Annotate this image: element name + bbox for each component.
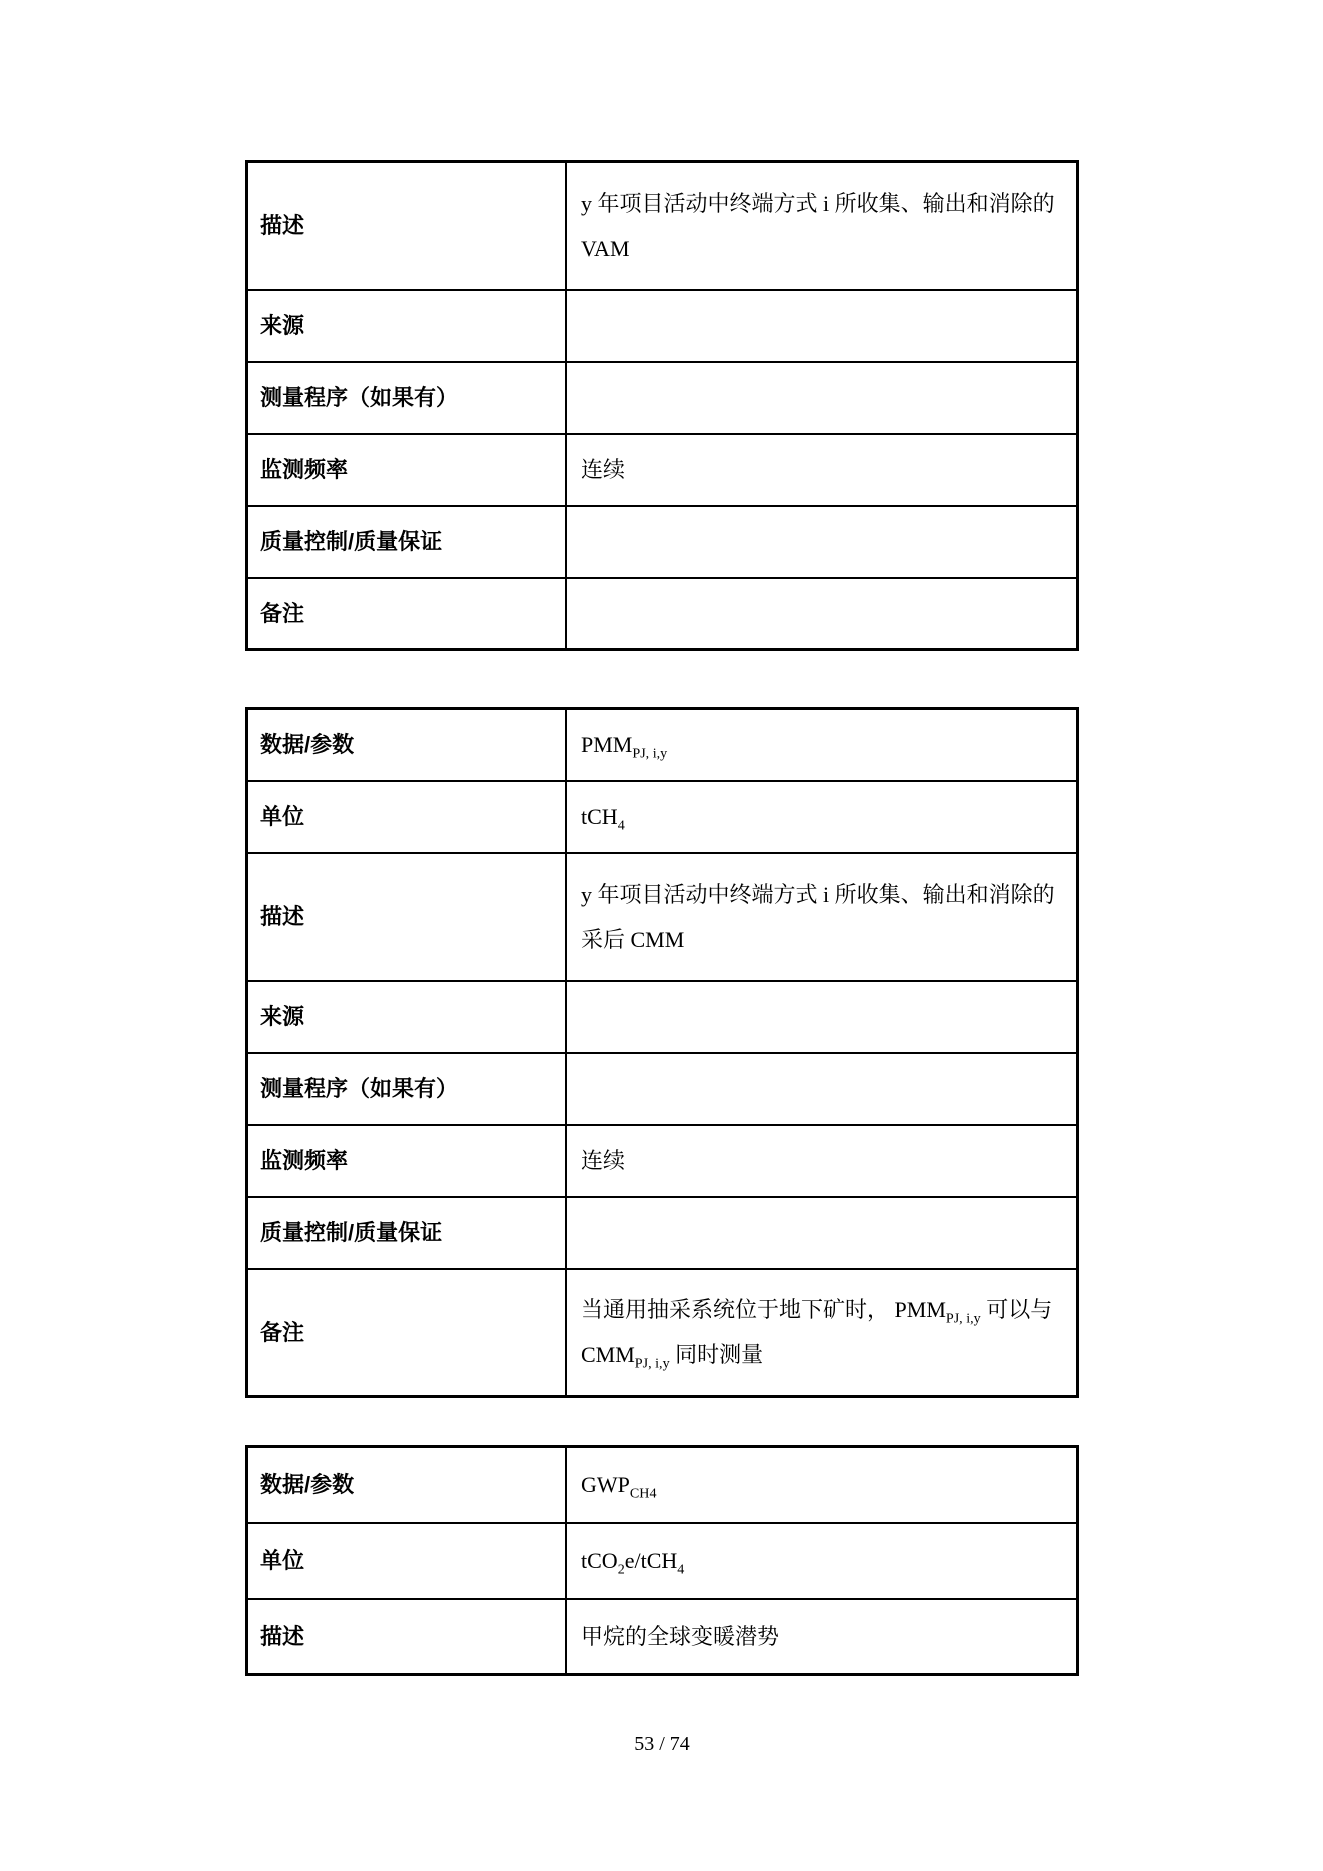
row-value: 连续 [566, 1125, 1078, 1197]
row-label: 单位 [247, 1523, 567, 1599]
row-value: y 年项目活动中终端方式 i 所收集、输出和消除的 VAM [566, 162, 1078, 290]
table-row-unit: 单位 tCH4 [247, 781, 1078, 853]
table-row-qa-qc: 质量控制/质量保证 [247, 1197, 1078, 1269]
row-label: 测量程序（如果有） [247, 362, 567, 434]
table-row-source: 来源 [247, 290, 1078, 362]
row-value: PMMPJ, i,y [566, 709, 1078, 781]
table-row-remarks: 备注 [247, 578, 1078, 650]
table-row-data-parameter: 数据/参数 PMMPJ, i,y [247, 709, 1078, 781]
page-number: 53 / 74 [245, 1731, 1079, 1757]
row-value [566, 1053, 1078, 1125]
row-value: 连续 [566, 434, 1078, 506]
row-label: 描述 [247, 853, 567, 981]
row-label: 单位 [247, 781, 567, 853]
row-label: 质量控制/质量保证 [247, 506, 567, 578]
table-row-measurement-procedure: 测量程序（如果有） [247, 1053, 1078, 1125]
row-value: tCO2e/tCH4 [566, 1523, 1078, 1599]
row-label: 来源 [247, 981, 567, 1053]
table-row-description: 描述 甲烷的全球变暖潜势 [247, 1599, 1078, 1675]
table-row-description: 描述 y 年项目活动中终端方式 i 所收集、输出和消除的采后 CMM [247, 853, 1078, 981]
table-row-monitoring-frequency: 监测频率 连续 [247, 434, 1078, 506]
table-row-measurement-procedure: 测量程序（如果有） [247, 362, 1078, 434]
row-value [566, 362, 1078, 434]
parameter-table-gwp: 数据/参数 GWPCH4 单位 tCO2e/tCH4 描述 甲烷的全球变暖潜势 [245, 1445, 1079, 1676]
table-row-unit: 单位 tCO2e/tCH4 [247, 1523, 1078, 1599]
row-label: 数据/参数 [247, 709, 567, 781]
table-row-qa-qc: 质量控制/质量保证 [247, 506, 1078, 578]
row-value [566, 290, 1078, 362]
table-row-monitoring-frequency: 监测频率 连续 [247, 1125, 1078, 1197]
row-value [566, 981, 1078, 1053]
row-value [566, 506, 1078, 578]
row-value: GWPCH4 [566, 1447, 1078, 1523]
parameter-table-vam: 描述 y 年项目活动中终端方式 i 所收集、输出和消除的 VAM 来源 测量程序… [245, 160, 1079, 651]
table-row-remarks: 备注 当通用抽采系统位于地下矿时， PMMPJ, i,y 可以与 CMMPJ, … [247, 1269, 1078, 1397]
row-label: 描述 [247, 1599, 567, 1675]
row-value: 当通用抽采系统位于地下矿时， PMMPJ, i,y 可以与 CMMPJ, i,y… [566, 1269, 1078, 1397]
row-label: 备注 [247, 1269, 567, 1397]
row-value: y 年项目活动中终端方式 i 所收集、输出和消除的采后 CMM [566, 853, 1078, 981]
row-value: tCH4 [566, 781, 1078, 853]
row-label: 备注 [247, 578, 567, 650]
row-label: 来源 [247, 290, 567, 362]
table-row-source: 来源 [247, 981, 1078, 1053]
row-value [566, 1197, 1078, 1269]
row-value: 甲烷的全球变暖潜势 [566, 1599, 1078, 1675]
row-label: 数据/参数 [247, 1447, 567, 1523]
row-label: 描述 [247, 162, 567, 290]
row-label: 监测频率 [247, 434, 567, 506]
row-label: 测量程序（如果有） [247, 1053, 567, 1125]
row-label: 质量控制/质量保证 [247, 1197, 567, 1269]
document-page: { "page": { "number_label": "53 / 74" },… [0, 0, 1323, 1871]
table-row-data-parameter: 数据/参数 GWPCH4 [247, 1447, 1078, 1523]
row-label: 监测频率 [247, 1125, 567, 1197]
row-value [566, 578, 1078, 650]
table-row-description: 描述 y 年项目活动中终端方式 i 所收集、输出和消除的 VAM [247, 162, 1078, 290]
parameter-table-pmm: 数据/参数 PMMPJ, i,y 单位 tCH4 描述 y 年项目活动中终端方式… [245, 707, 1079, 1398]
